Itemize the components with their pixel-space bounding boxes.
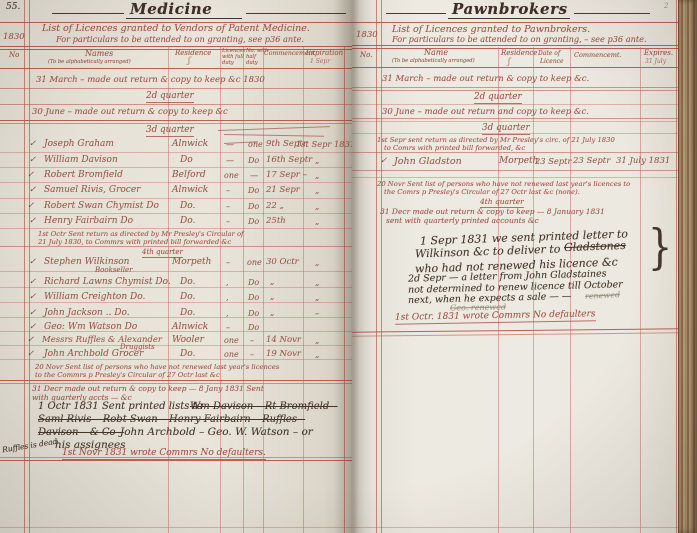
check-icon: ✓: [29, 258, 36, 267]
entry-duty2: Do: [248, 218, 259, 226]
quarter-heading: 3d quarter: [482, 124, 530, 135]
entry-expiration: „: [315, 258, 319, 267]
column-rule: [303, 47, 304, 533]
entry-duty1: –: [226, 259, 230, 267]
entry-expiration: „: [315, 293, 319, 302]
title-dash: [574, 13, 650, 14]
column-header-residence: Residence: [175, 50, 211, 57]
year-label: 1830: [3, 33, 25, 42]
ruled-line: [352, 152, 678, 153]
entry-expiration: –: [315, 309, 319, 318]
note-line: to Comrs with printed bill forwarded, &c: [384, 145, 525, 152]
note-line: 31 Decr made out return & copy to keep —…: [32, 385, 264, 393]
check-icon: ✓: [380, 157, 387, 166]
entry-expiration: „: [315, 336, 319, 345]
entry-duty1: —: [226, 141, 234, 149]
title-underline: [448, 18, 570, 19]
entry-duty1: one: [224, 337, 239, 345]
column-rule: [376, 0, 377, 533]
pencil-note-struck: renewed: [585, 291, 621, 301]
entry-licence-date: 23 Septr: [535, 157, 571, 166]
check-icon: ✓: [27, 350, 34, 359]
entry-commencement: 17 Sepr –: [266, 171, 307, 180]
ruled-line: [0, 123, 352, 124]
entry-expiration: „: [315, 217, 319, 226]
entry-duty1: –: [226, 203, 230, 211]
entry-duty2: Do: [248, 157, 259, 165]
column-header-no: No: [9, 52, 19, 59]
column-header-no: No.: [360, 52, 372, 59]
entry-name: Robert Swan Chymist Do: [44, 202, 159, 211]
entry-duty2: —: [250, 172, 258, 180]
book-page-edge: [678, 0, 697, 533]
entry-commencement: 23 Septr: [573, 157, 610, 166]
title-underline: [126, 18, 242, 19]
residence-flourish-mark: ʃ: [508, 58, 510, 66]
ruled-line: [0, 246, 352, 247]
column-header-expiration-sub: 1 Sepr: [310, 59, 330, 65]
left-page-medicine: 55. Medicine List of Licences granted to…: [0, 0, 352, 533]
column-header-expires-sub: 31 July: [645, 59, 666, 65]
entry-commencement: 25th: [266, 217, 286, 226]
quarter-heading: 3d quarter: [146, 126, 194, 137]
entry-name: John Archbold Grocer: [44, 350, 143, 359]
entry-duty1: ,: [226, 310, 229, 318]
entry-residence: Do: [180, 156, 193, 165]
entry-residence: Alnwick: [172, 186, 208, 195]
entry-residence: Do.: [180, 278, 195, 287]
entry-name: Geo: Wm Watson Do: [44, 323, 137, 332]
entry-residence: Morpeth: [172, 258, 211, 267]
check-icon: ✓: [29, 217, 36, 226]
title-dash: [52, 13, 124, 14]
left-heading-line2: For particulars to be attended to on gra…: [56, 35, 304, 44]
check-icon: ✓: [29, 140, 36, 149]
entry-residence: Do.: [180, 293, 195, 302]
residence-flourish-mark: ʃ: [188, 57, 190, 65]
ruled-line: [352, 67, 678, 68]
ruled-line: [352, 177, 678, 178]
entry-occupation: Bookseller: [95, 267, 133, 274]
entry-duty2: Do: [248, 310, 259, 318]
column-header-names-sub: (To be alphabetically arranged): [48, 60, 131, 65]
entry-expiration: „: [315, 171, 319, 180]
left-heading-line1: List of Licences granted to Vendors of P…: [42, 24, 310, 34]
entry-duty2: –: [250, 351, 254, 359]
note-line-struck: Wm Davison – Rt Bromfield –: [190, 402, 337, 413]
check-icon: ✓: [29, 278, 36, 287]
column-header-expires: Expires.: [644, 50, 673, 57]
entry-residence: Do.: [180, 309, 195, 318]
ruled-line: [0, 213, 352, 214]
entry-name: John Jackson .. Do.: [44, 309, 130, 318]
ruled-line: [0, 271, 352, 272]
entry-duty2: Do: [248, 324, 259, 332]
ruled-line: [352, 332, 678, 336]
note-line: 1st Novr 1831 wrote Commrs No defaulters…: [62, 449, 266, 460]
ruled-line: [0, 198, 352, 199]
title-dash: [246, 13, 346, 14]
entry-duty2: Do: [248, 203, 259, 211]
check-icon: ✓: [29, 309, 36, 318]
ruled-line: [0, 167, 352, 168]
column-rule: [344, 47, 345, 533]
right-page-pawnbrokers: Pawnbrokers 2 List of Licences granted t…: [352, 0, 678, 533]
entry-duty2: Do: [248, 279, 259, 287]
entry-residence: Wooler: [172, 336, 204, 345]
entry-name: William Creighton Do.: [44, 293, 145, 302]
entry-residence: Do.: [180, 202, 195, 211]
column-header-duty2: duty: [246, 61, 258, 66]
note-line: 31 Decr made out return & copy to keep —…: [380, 208, 605, 216]
entry-residence: Morpeth: [499, 157, 538, 166]
ruled-line: [352, 22, 678, 23]
entry-duty2: Do: [248, 294, 259, 302]
entry-residence: Alnwick: [172, 140, 208, 149]
entry-residence: Do.: [180, 217, 195, 226]
note-word-struck: Gladstones: [564, 240, 626, 254]
entry-duty1: one: [224, 172, 239, 180]
ruled-line: [352, 170, 678, 171]
column-header-date: Date of: [538, 51, 560, 57]
left-page-title: Medicine: [130, 2, 212, 18]
note-line: to the Commrs p Presley's Circular of 27…: [35, 372, 220, 379]
entry-name: Robert Bromfield: [44, 171, 123, 180]
entry-duty2: one: [248, 141, 263, 149]
entry-commencement: 16th Septr: [266, 156, 312, 165]
entry-expiration: „: [315, 350, 319, 359]
column-header-duty1: duty: [222, 61, 234, 66]
ruled-line: [0, 182, 352, 183]
entry-duty2: –: [250, 337, 254, 345]
note-line-struck: Saml Rivis – Robt Swan – Henry Fairbairn…: [38, 415, 305, 426]
entry-residence: Do.: [180, 350, 195, 359]
ruled-line: [352, 90, 678, 91]
ruled-line: [352, 121, 678, 122]
ruled-line: [0, 46, 352, 47]
ruled-line: [0, 527, 352, 528]
column-rule: [676, 0, 677, 533]
page-number: 55.: [6, 3, 20, 12]
ruled-line: [0, 104, 352, 105]
ruled-line: [0, 68, 352, 69]
entry-name: John Gladston: [394, 157, 462, 167]
column-header-commencement: Commencemt.: [574, 52, 622, 59]
ruled-line: [0, 152, 352, 153]
entry-expiration: „: [315, 278, 319, 287]
column-header-name: Name: [424, 49, 448, 57]
column-header-name-sub: (To be alphabetically arranged): [392, 59, 475, 64]
entry-commencement: 19 Novr: [266, 350, 301, 359]
entry-duty2: one: [247, 259, 262, 267]
ledger-book: 55. Medicine List of Licences granted to…: [0, 0, 697, 533]
entry-name: Joseph Graham: [44, 140, 114, 149]
ruled-line: [352, 87, 678, 88]
entry-expires: 31 July 1831: [616, 157, 670, 166]
column-rule: [640, 47, 641, 533]
entry-duty1: —: [226, 157, 234, 165]
entry-expiration: „: [315, 156, 319, 165]
entry-expiration: 1st Sepr 1831: [296, 140, 355, 149]
entry-duty1: one: [224, 351, 239, 359]
entry-duty1: –: [226, 324, 230, 332]
entry-residence: Belford: [172, 171, 206, 180]
entry-name: William Davison: [44, 156, 118, 165]
check-icon: ✓: [27, 202, 34, 211]
note-line: 30 June – made out return & copy to keep…: [32, 108, 228, 117]
note-line: John Archbold – Geo. W. Watson – or: [120, 427, 313, 438]
check-icon: ✓: [29, 186, 36, 195]
entry-commencement: „: [270, 309, 274, 318]
title-dash: [386, 13, 446, 14]
entry-duty2: Do: [248, 187, 259, 195]
check-icon: ✓: [29, 293, 36, 302]
column-header-residence: Residence: [501, 50, 537, 57]
column-header-date: Licence: [540, 59, 564, 65]
check-icon: ✓: [27, 336, 34, 345]
ink-scribble: [218, 126, 330, 131]
entry-duty1: –: [226, 187, 230, 195]
note-line: 31 March – made out return & copy to kee…: [382, 75, 589, 84]
ruled-line: [352, 118, 678, 119]
check-icon: ✓: [27, 171, 34, 180]
check-icon: ✓: [29, 156, 36, 165]
entry-commencement: 14 Novr: [266, 336, 301, 345]
note-line: 1 Octr 1831 Sent printed lists to: [38, 402, 203, 413]
note-line: 30 June – made out return and copy to ke…: [382, 108, 589, 117]
entry-expiration: „: [315, 186, 319, 195]
entry-duty1: ,: [226, 294, 229, 302]
brace-mark: }: [648, 223, 672, 273]
ruled-line: [0, 88, 352, 89]
ruled-line: [0, 380, 352, 381]
check-icon: ✓: [29, 323, 36, 332]
note-line: 1st Octr. 1831 wrote Commrs No defaulter…: [395, 310, 596, 325]
corner-pencil-mark: 2: [664, 3, 668, 10]
entry-commencement: 21 Sepr: [266, 186, 300, 195]
right-page-title: Pawnbrokers: [452, 2, 568, 18]
entry-name: Henry Fairbairn Do: [44, 217, 133, 226]
column-rule: [24, 0, 25, 533]
note-line: 21 July 1830, to Commrs with printed bil…: [38, 239, 231, 246]
ruled-line: [0, 228, 352, 229]
quarter-heading: 2d quarter: [146, 92, 194, 103]
note-line: sent with quarterly printed accounts &c: [386, 217, 539, 225]
entry-commencement: 30 Octr: [266, 258, 299, 267]
entry-commencement: „: [270, 293, 274, 302]
note-line: 31 March – made out return & copy to kee…: [36, 76, 265, 85]
right-heading-line2: For particulars to be attended to on gra…: [392, 35, 647, 44]
entry-expiration: „: [315, 202, 319, 211]
entry-residence: Alnwick: [172, 323, 208, 332]
year-label: 1830: [356, 31, 378, 40]
entry-duty1: ,: [226, 279, 229, 287]
note-line: the Comrs p Presley's Circular of 27 Oct…: [384, 189, 580, 196]
column-header-names: Names: [85, 50, 113, 58]
entry-name: Richard Lawns Chymist Do.: [44, 278, 171, 287]
column-header-expiration: Expiration: [306, 50, 343, 57]
quarter-heading: 2d quarter: [474, 93, 522, 104]
ruled-line: [352, 527, 678, 528]
entry-commencement: „: [270, 278, 274, 287]
ruled-line: [0, 120, 352, 121]
entry-duty1: –: [226, 218, 230, 226]
entry-name: Samuel Rivis, Grocer: [44, 186, 140, 195]
entry-commencement: 22 „: [266, 202, 284, 211]
ruled-line: [352, 45, 678, 46]
ink-scribble: [224, 134, 324, 137]
